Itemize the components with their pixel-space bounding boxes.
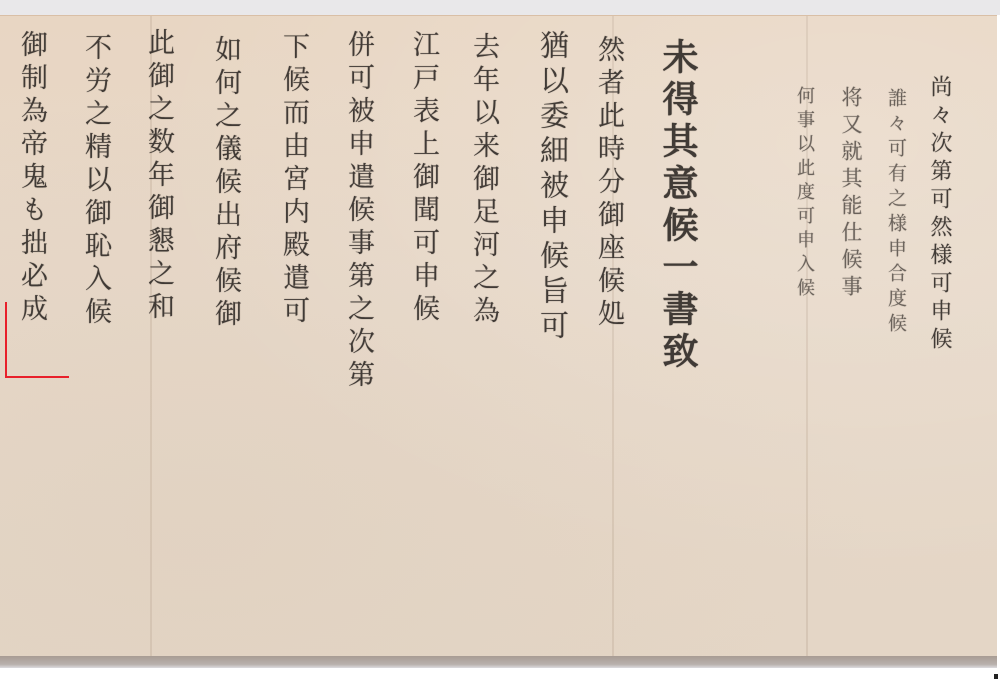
calligraphy-column: 将又就其能仕候事 <box>840 86 861 302</box>
calligraphy-column: 未得其意候一書致 <box>660 38 696 374</box>
calligraphy-column: 併可被申遣候事第之次第 <box>345 30 372 393</box>
calligraphy-column: 下候而由宮内殿遣可 <box>280 32 307 329</box>
calligraphy-column: 去年以来御足河之為 <box>470 32 497 329</box>
scroll-shadow <box>0 656 997 668</box>
calligraphy-column: 然者此時分御座候処 <box>595 35 622 332</box>
calligraphy-column: 如何之儀候出府候御 <box>212 35 239 332</box>
calligraphy-column: 此御之数年御懇之和 <box>145 28 172 325</box>
calligraphy-column: 何事以此度可申入候 <box>795 86 813 302</box>
red-bracket-annotation <box>5 302 69 378</box>
calligraphy-column: 猶以委細被申候旨可 <box>538 30 567 345</box>
calligraphy-column: 誰々可有之様申合度候 <box>886 88 905 338</box>
calligraphy-column: 御制為帝鬼も拙必成 <box>18 30 45 327</box>
calligraphy-column: 尚々次第可然様可申候 <box>928 75 950 355</box>
corner-mark <box>994 674 998 679</box>
calligraphy-column: 不労之精以御恥入候 <box>82 33 109 330</box>
calligraphy-column: 江戸表上御聞可申候 <box>410 30 437 327</box>
